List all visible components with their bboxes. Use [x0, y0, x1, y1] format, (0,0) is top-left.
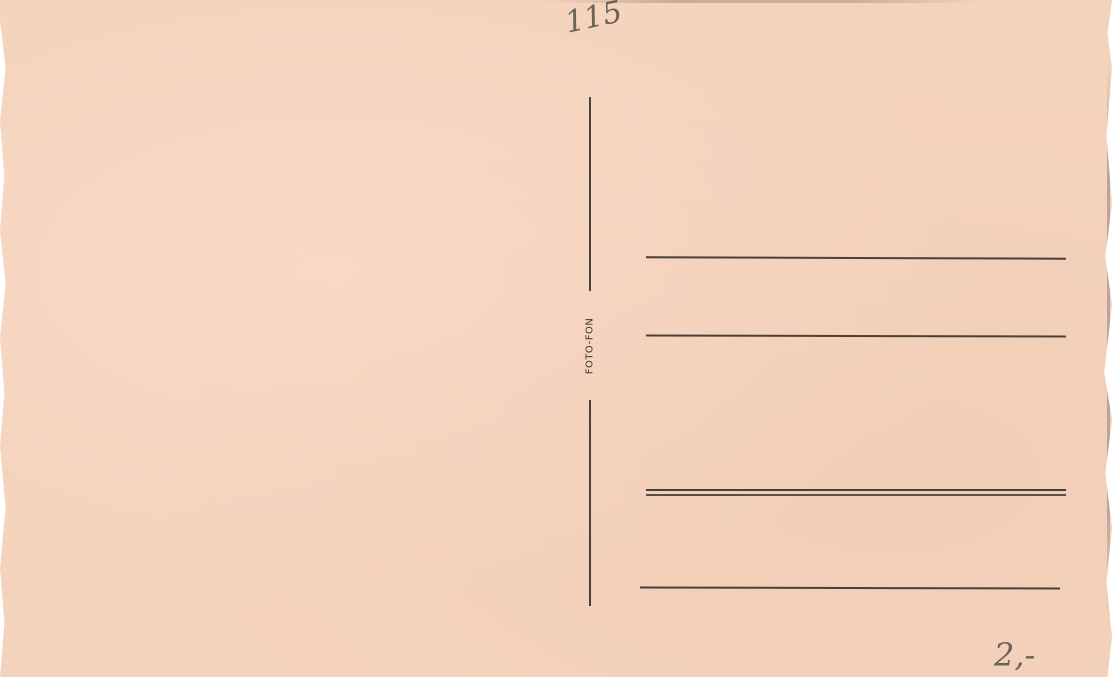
publisher-mark: FOTO-FON — [585, 318, 596, 375]
center-divider-bottom — [589, 400, 591, 606]
postcard-back: 115 FOTO-FON 2,- — [0, 0, 1112, 677]
handwritten-catalog-number: 115 — [562, 0, 625, 41]
address-line-3 — [646, 489, 1066, 491]
right-edge-shadow — [1107, 60, 1110, 620]
handwritten-price: 2,- — [994, 636, 1035, 674]
center-divider-top — [589, 97, 591, 291]
address-line-4 — [640, 586, 1060, 589]
address-line-1 — [646, 256, 1066, 259]
address-line-2 — [646, 334, 1066, 337]
